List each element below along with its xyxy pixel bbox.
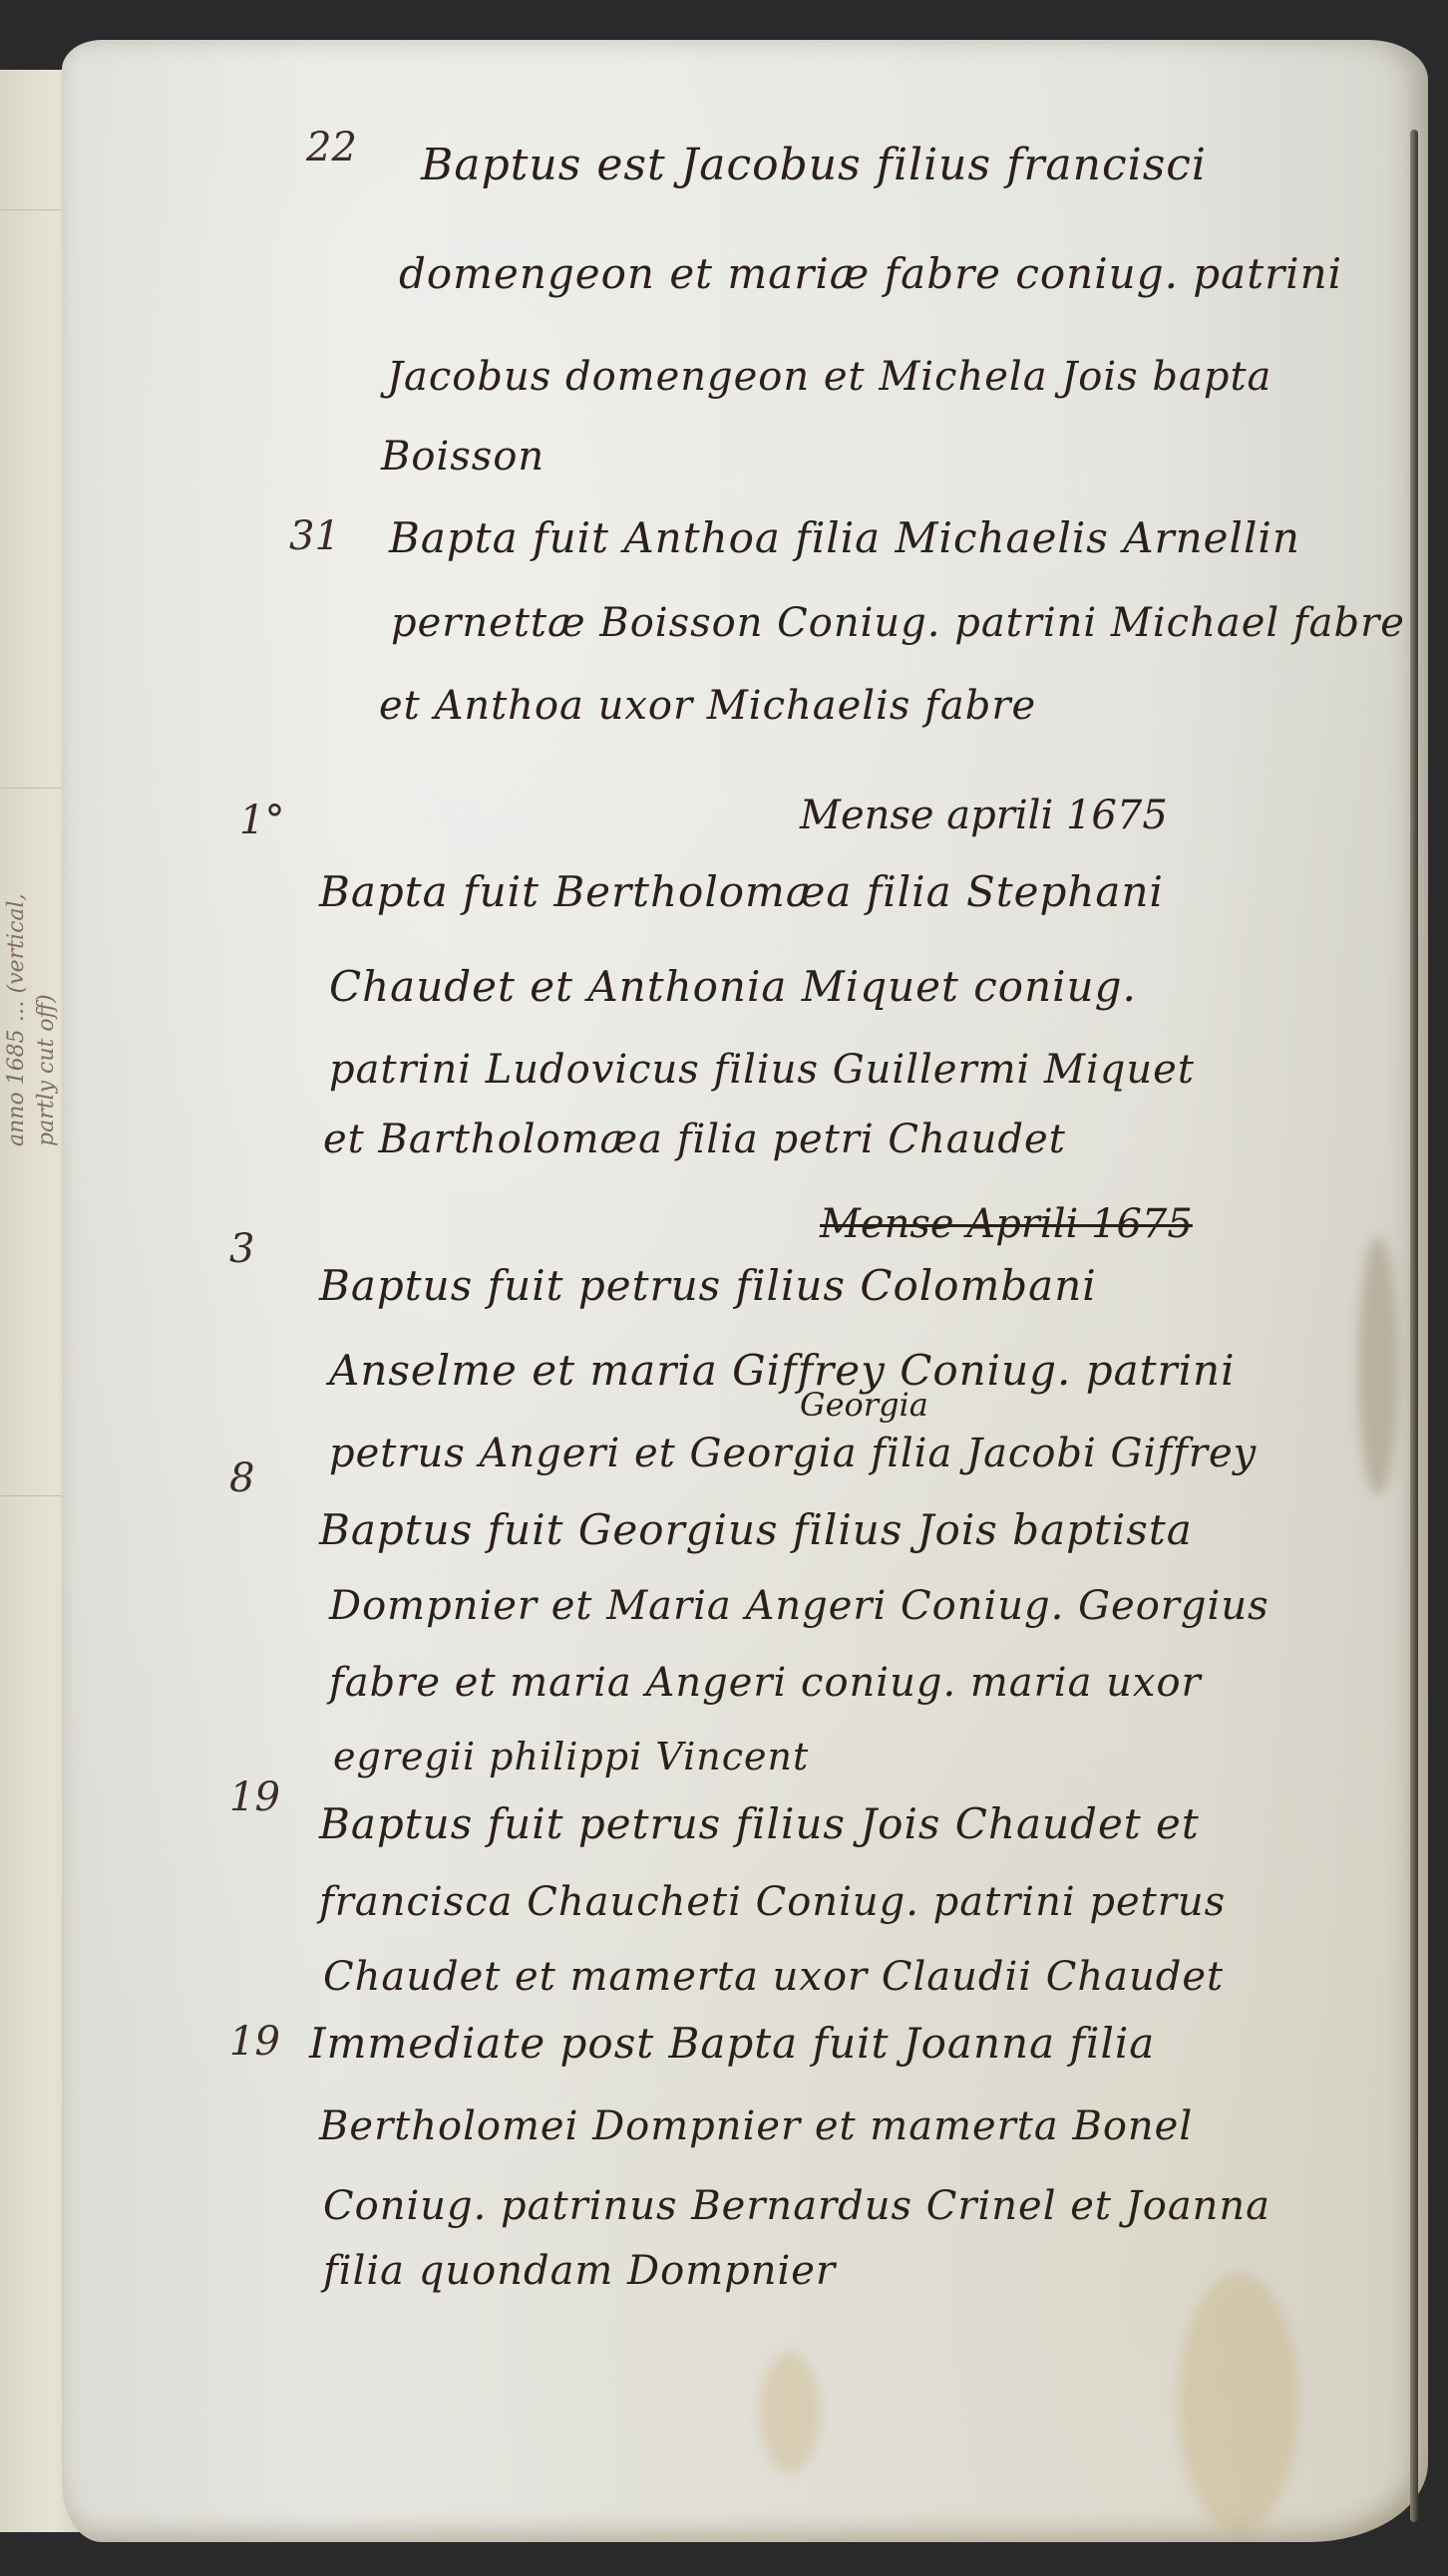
entry-line: Baptus fuit Georgius filius Jois baptist… — [319, 1505, 1193, 1554]
entry-day: 19 — [229, 2019, 280, 2065]
entry-line: Bapta fuit Bertholomæa filia Stephani — [319, 867, 1164, 916]
entry-line: fabre et maria Angeri coniug. maria uxor — [329, 1660, 1202, 1706]
entry-day: 1° — [239, 798, 284, 843]
entry-line: francisca Chaucheti Coniug. patrini petr… — [319, 1879, 1226, 1925]
entry-line: Dompnier et Maria Angeri Coniug. Georgiu… — [329, 1583, 1269, 1629]
interlinear-insert: Georgia — [800, 1386, 928, 1424]
month-header-struck: Mense Aprili 1675 — [820, 1201, 1193, 1247]
entry-line: Bapta fuit Anthoa filia Michaelis Arnell… — [389, 513, 1300, 562]
entry-line: Chaudet et mamerta uxor Claudii Chaudet — [323, 1954, 1224, 2000]
entry-line: Boisson — [381, 434, 544, 480]
entry-line: domengeon et mariæ fabre coniug. patrini — [399, 249, 1342, 298]
entry-line: Chaudet et Anthonia Miquet coniug. — [329, 962, 1137, 1011]
entry-line: petrus Angeri et Georgia filia Jacobi Gi… — [329, 1431, 1257, 1476]
entry-day: 22 — [306, 125, 357, 170]
entry-line: Immediate post Bapta fuit Joanna filia — [309, 2019, 1155, 2068]
entry-day: 3 — [229, 1226, 254, 1272]
entry-day: 31 — [289, 513, 340, 559]
register-page: 22 Baptus est Jacobus filius francisci d… — [62, 40, 1428, 2542]
entry-line: et Bartholomæa filia petri Chaudet — [323, 1117, 1066, 1162]
entry-line: Coniug. patrinus Bernardus Crinel et Joa… — [323, 2183, 1270, 2229]
entry-line: egregii philippi Vincent — [333, 1735, 809, 1778]
entry-day: 8 — [229, 1455, 254, 1501]
month-header: Mense aprili 1675 — [800, 793, 1168, 838]
entry-line: et Anthoa uxor Michaelis fabre — [379, 683, 1036, 729]
entry-line: Baptus fuit petrus filius Jois Chaudet e… — [319, 1799, 1200, 1848]
entry-line: Baptus fuit petrus filius Colombani — [319, 1261, 1097, 1310]
entry-line: patrini Ludovicus filius Guillermi Mique… — [329, 1047, 1195, 1093]
entry-day: 19 — [229, 1774, 280, 1820]
register-entries: 22 Baptus est Jacobus filius francisci d… — [62, 40, 1428, 2542]
entry-line: Baptus est Jacobus filius francisci — [421, 140, 1207, 190]
scan-background: anno 1685 … (vertical, partly cut off) 2… — [0, 0, 1448, 2576]
entry-line: pernettæ Boisson Coniug. patrini Michael… — [391, 600, 1405, 646]
entry-line: filia quondam Dompnier — [323, 2248, 836, 2294]
entry-line: Bertholomei Dompnier et mamerta Bonel — [319, 2103, 1193, 2149]
entry-line: Jacobus domengeon et Michela Jois bapta — [387, 354, 1271, 400]
entry-line: Anselme et maria Giffrey Coniug. patrini — [329, 1346, 1236, 1395]
